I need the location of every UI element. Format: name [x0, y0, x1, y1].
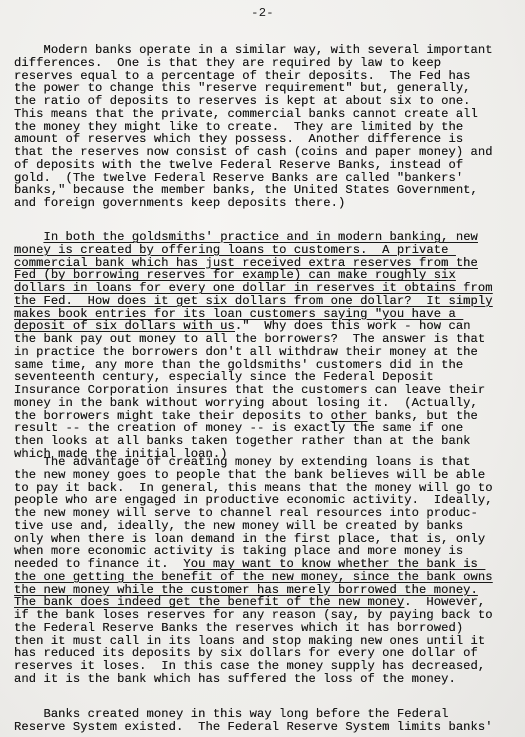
text-line: and it is the bank which has suffered th…	[14, 673, 514, 686]
text-run: and foreign governments keep deposits th…	[14, 196, 345, 210]
text-run: and it is the bank which has suffered th…	[14, 672, 456, 686]
page-number: -2-	[0, 6, 525, 20]
paragraph-advantage: The advantage of creating money by exten…	[14, 456, 514, 686]
text-line: and foreign governments keep deposits th…	[14, 197, 514, 210]
text-run: Reserve System existed. The Federal Rese…	[14, 720, 493, 734]
document-page: -2- Modern banks operate in a similar wa…	[0, 0, 525, 737]
paragraph-banks-created-money: Banks created money in this way long bef…	[14, 708, 514, 734]
text-line: Reserve System existed. The Federal Rese…	[14, 721, 514, 734]
paragraph-money-creation: In both the goldsmiths' practice and in …	[14, 231, 514, 461]
paragraph-modern-banks: Modern banks operate in a similar way, w…	[14, 44, 514, 210]
